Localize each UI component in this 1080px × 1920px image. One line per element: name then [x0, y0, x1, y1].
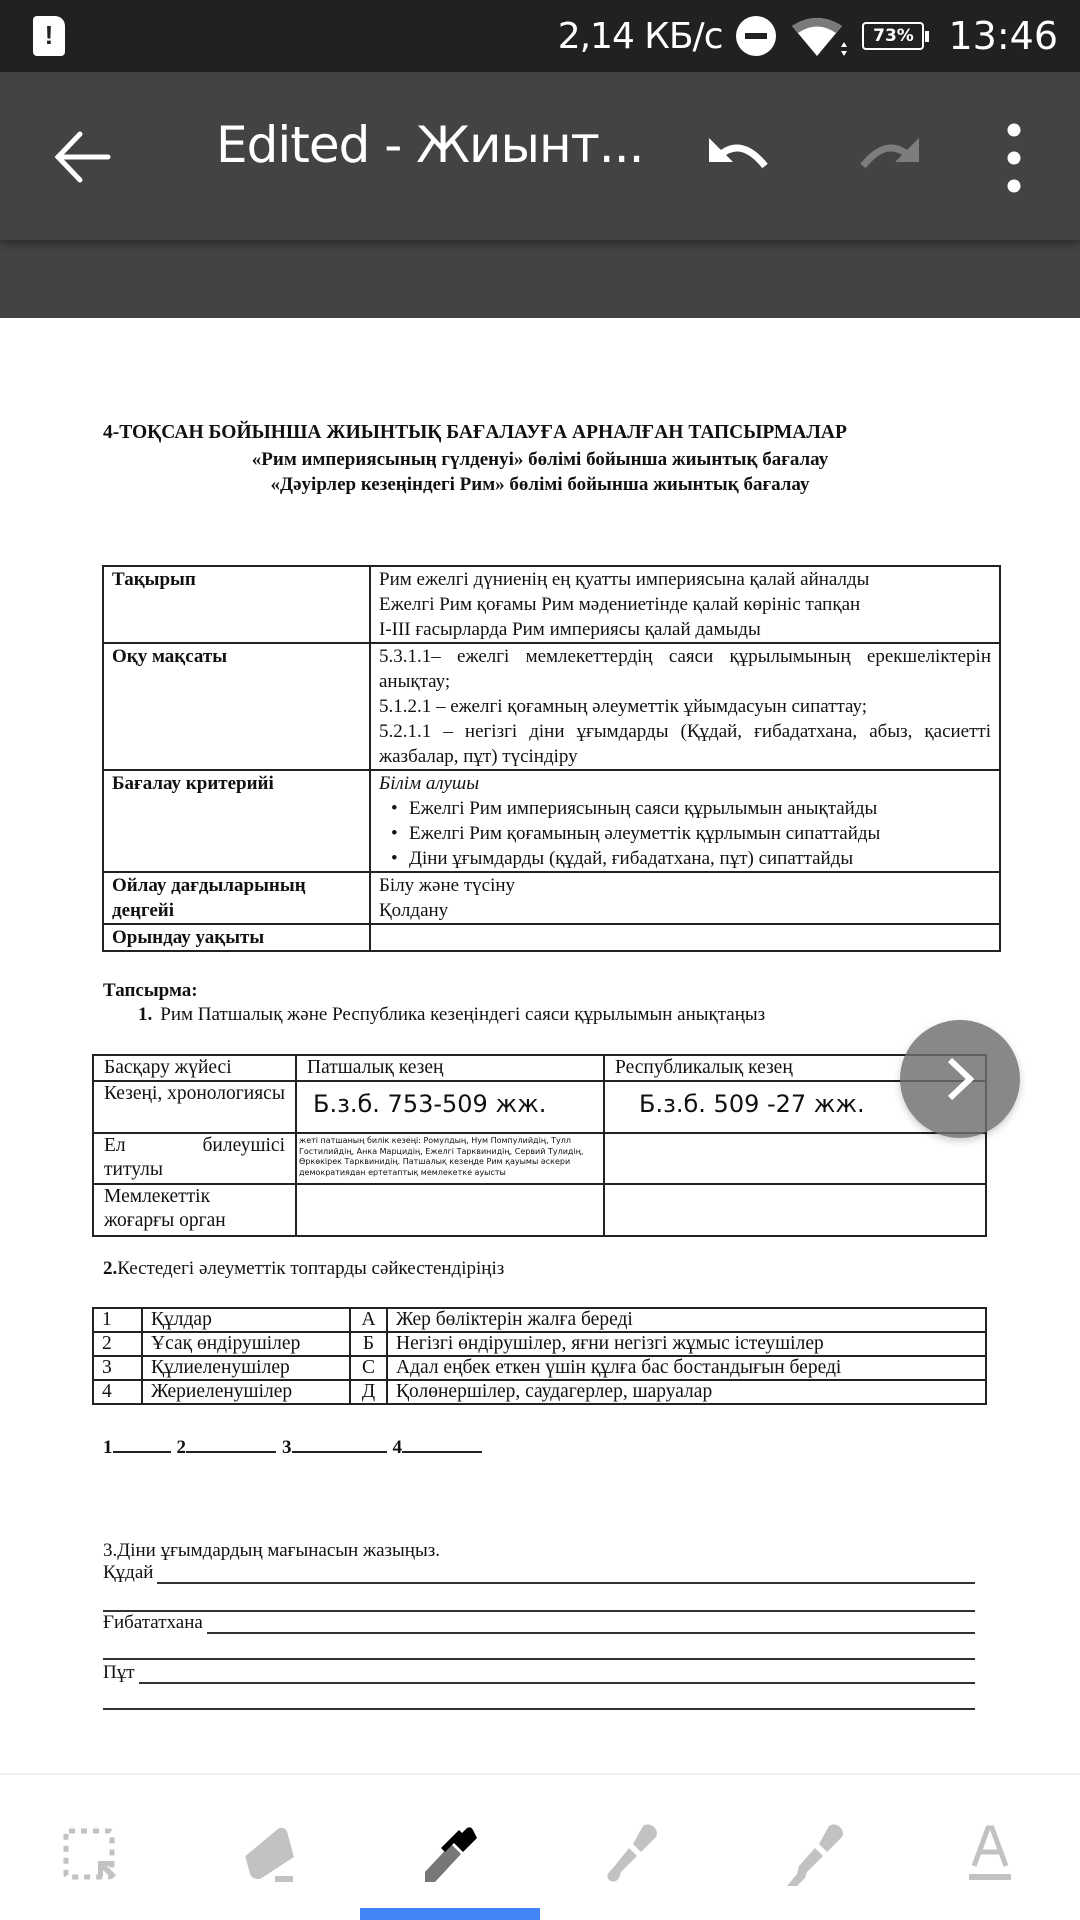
row-value: Білім алушы Ежелгі Рим империясының саяс… — [370, 770, 1000, 872]
label-part: титулы — [104, 1158, 285, 1182]
row-key: Оқу мақсаты — [103, 643, 370, 770]
answer-line[interactable] — [157, 1564, 975, 1584]
kingdom-cell[interactable] — [296, 1184, 604, 1236]
option-description: Негізгі өндірушілер, яғни негізгі жұмыс … — [387, 1332, 986, 1356]
option-letter: Д — [350, 1380, 387, 1404]
row-number: 1 — [93, 1308, 142, 1332]
list-item: Ежелгі Рим қоғамының әлеуметтік құрлымын… — [379, 821, 991, 846]
lasso-select-tool[interactable] — [50, 1815, 130, 1895]
redo-icon — [853, 130, 923, 186]
column-header: Патшалық кезең — [296, 1055, 604, 1081]
row-key: Бағалау критерийі — [103, 770, 370, 872]
term-label: Пұт — [103, 1662, 135, 1684]
row-key: Орындау уақыты — [103, 924, 370, 951]
term-row: Құдай — [103, 1562, 975, 1584]
lasso-select-icon — [60, 1825, 120, 1885]
marker-icon — [597, 1820, 667, 1890]
answer-line[interactable] — [103, 1658, 975, 1660]
table-row: Орындау уақыты — [103, 924, 1000, 951]
table-row: Тақырып Рим ежелгі дүниенің ең қуатты им… — [103, 566, 1000, 643]
option-description: Жер бөліктерін жалға береді — [387, 1308, 986, 1332]
row-label: Мемлекеттік жоғарғы орган — [93, 1184, 296, 1236]
blank-label: 3 — [282, 1437, 292, 1459]
criteria-list: Ежелгі Рим империясының саяси құрылымын … — [379, 796, 991, 871]
option-description: Қолөнершілер, саудагерлер, шаруалар — [387, 1380, 986, 1404]
table-row: Оқу мақсаты 5.3.1.1– ежелгі мемлекеттерд… — [103, 643, 1000, 770]
pen-icon — [415, 1820, 485, 1890]
document-subheading-1: «Рим империясының гүлденуі» бөлімі бойын… — [0, 449, 1080, 471]
eraser-icon — [233, 1820, 303, 1890]
list-item: Діни ұғымдарды (құдай, ғибадатхана, пұт)… — [379, 846, 991, 871]
back-arrow-icon — [50, 124, 116, 190]
option-letter: Б — [350, 1332, 387, 1356]
table-row: Ойлау дағдыларының деңгейі Білу және түс… — [103, 872, 1000, 924]
blank-label: 1 — [103, 1437, 113, 1459]
text-line: Білу және түсіну — [379, 873, 991, 898]
answer-blank[interactable] — [402, 1435, 482, 1453]
task-2-text: Кестедегі әлеуметтік топтарды сәйкестенд… — [117, 1258, 504, 1279]
answer-blank[interactable] — [113, 1435, 171, 1453]
do-not-disturb-icon — [736, 16, 776, 56]
wifi-icon — [790, 14, 848, 58]
row-key: Ойлау дағдыларының деңгейі — [103, 872, 370, 924]
battery-percent: 73% — [873, 26, 914, 46]
row-number: 3 — [93, 1356, 142, 1380]
social-group: Ұсақ өндірушілер — [142, 1332, 350, 1356]
republic-cell[interactable] — [604, 1184, 986, 1236]
battery-icon: 73% — [862, 22, 924, 50]
document-title: Edited - Жиынт... — [216, 116, 643, 174]
marker-tool[interactable] — [592, 1815, 672, 1895]
more-options-button[interactable] — [994, 120, 1034, 196]
row-number: 4 — [93, 1380, 142, 1404]
active-tool-indicator — [360, 1908, 540, 1920]
kingdom-cell[interactable]: Б.з.б. 753-509 жж. — [296, 1081, 604, 1133]
status-bar: 2,14 КБ/с 73% 13:46 — [0, 0, 1080, 72]
social-group: Жериеленушілер — [142, 1380, 350, 1404]
term-label: Құдай — [103, 1562, 153, 1584]
annotation-toolbar — [0, 1773, 1080, 1920]
highlighter-tool[interactable] — [776, 1815, 856, 1895]
text-tool[interactable] — [950, 1815, 1030, 1895]
label-part: билеушісі — [202, 1134, 285, 1158]
blank-label: 4 — [393, 1437, 403, 1459]
text-line: Қолдану — [379, 898, 991, 923]
row-value: Білу және түсіну Қолдану — [370, 872, 1000, 924]
term-row: Ғибататхана — [103, 1612, 975, 1634]
app-bar: Edited - Жиынт... — [0, 72, 1080, 240]
table-row: 4ЖериеленушілерДҚолөнершілер, саудагерле… — [93, 1380, 986, 1404]
task-2: 2.Кестедегі әлеуметтік топтарды сәйкесте… — [103, 1258, 504, 1280]
row-label: Елбилеушісі титулы — [93, 1133, 296, 1184]
answer-blank[interactable] — [186, 1435, 276, 1453]
match-table: 1ҚұлдарАЖер бөліктерін жалға береді2Ұсақ… — [92, 1307, 987, 1405]
row-value: 5.3.1.1– ежелгі мемлекеттердің саяси құр… — [370, 643, 1000, 770]
back-button[interactable] — [50, 124, 116, 190]
social-group: Құлиеленушілер — [142, 1356, 350, 1380]
kingdom-cell[interactable]: жеті патшаның билік кезеңі: Ромулдың, Ну… — [296, 1133, 604, 1184]
text-line: 5.2.1.1 – негізгі діни ұғымдарды (Құдай,… — [379, 719, 991, 769]
social-group: Құлдар — [142, 1308, 350, 1332]
highlighter-icon — [781, 1820, 851, 1890]
option-letter: А — [350, 1308, 387, 1332]
table-row: Кезеңі, хронологиясы Б.з.б. 753-509 жж. … — [93, 1081, 986, 1133]
text-line: Рим ежелгі дүниенің ең қуатты империясын… — [379, 567, 991, 592]
more-vert-icon — [994, 120, 1034, 196]
text-line: Ежелгі Рим қоғамы Рим мәдениетінде қалай… — [379, 592, 991, 617]
task-2-number: 2. — [103, 1258, 117, 1279]
answer-blank[interactable] — [292, 1435, 387, 1453]
toolbar-extension — [0, 240, 1080, 318]
table-row: 2Ұсақ өндірушілерБНегізгі өндірушілер, я… — [93, 1332, 986, 1356]
list-item: Ежелгі Рим империясының саяси құрылымын … — [379, 796, 991, 821]
task-1: 1.Рим Патшалық және Республика кезеңінде… — [138, 1004, 765, 1026]
notification-alert-icon — [33, 16, 65, 56]
clock: 13:46 — [948, 14, 1058, 58]
text-icon — [960, 1820, 1020, 1890]
answer-line[interactable] — [103, 1708, 975, 1710]
task-1-number: 1. — [138, 1004, 152, 1025]
blank-label: 2 — [177, 1437, 187, 1459]
document-subheading-2: «Дәуірлер кезеңіндегі Рим» бөлімі бойынш… — [0, 474, 1080, 496]
next-page-button[interactable] — [900, 1020, 1020, 1138]
table-row: Елбилеушісі титулы жеті патшаның билік к… — [93, 1133, 986, 1184]
answer-blanks: 1 2 3 4 — [103, 1435, 488, 1459]
task-1-text: Рим Патшалық және Республика кезеңіндегі… — [160, 1004, 765, 1025]
undo-icon — [705, 130, 775, 186]
text-line: Білім алушы — [379, 771, 991, 796]
net-speed: 2,14 КБ/с — [558, 16, 723, 57]
term-row: Пұт — [103, 1662, 975, 1684]
undo-button[interactable] — [705, 130, 775, 186]
eraser-tool[interactable] — [228, 1815, 308, 1895]
option-letter: С — [350, 1356, 387, 1380]
redo-button[interactable] — [853, 130, 923, 186]
label-part: Ел — [104, 1134, 126, 1158]
row-key: Тақырып — [103, 566, 370, 643]
text-line: I-III ғасырларда Рим империясы қалай дам… — [379, 617, 991, 642]
politics-table: Басқару жүйесі Патшалық кезең Республика… — [92, 1054, 987, 1237]
chevron-right-icon — [940, 1056, 980, 1102]
column-header: Басқару жүйесі — [93, 1055, 296, 1081]
document-heading: 4-ТОҚСАН БОЙЫНША ЖИЫНТЫҚ БАҒАЛАУҒА АРНАЛ… — [103, 422, 847, 444]
table-row: 1ҚұлдарАЖер бөліктерін жалға береді — [93, 1308, 986, 1332]
text-line: 5.3.1.1– ежелгі мемлекеттердің саяси құр… — [379, 644, 991, 694]
option-description: Адал еңбек еткен үшін құлға бас бостанды… — [387, 1356, 986, 1380]
task-3: 3.Діни ұғымдардың мағынасын жазыңыз. — [103, 1540, 440, 1562]
row-number: 2 — [93, 1332, 142, 1356]
task-label: Тапсырма: — [103, 980, 198, 1002]
table-header-row: Басқару жүйесі Патшалық кезең Республика… — [93, 1055, 986, 1081]
pen-tool[interactable] — [410, 1815, 490, 1895]
text-line: 5.1.2.1 – ежелгі қоғамның әлеуметтік ұйы… — [379, 694, 991, 719]
row-value — [370, 924, 1000, 951]
table-row: 3ҚұлиеленушілерСАдал еңбек еткен үшін құ… — [93, 1356, 986, 1380]
answer-line[interactable] — [139, 1664, 975, 1684]
row-label: Кезеңі, хронологиясы — [93, 1081, 296, 1133]
row-value: Рим ежелгі дүниенің ең қуатты империясын… — [370, 566, 1000, 643]
term-label: Ғибататхана — [103, 1612, 203, 1634]
republic-cell[interactable] — [604, 1133, 986, 1184]
table-row: Мемлекеттік жоғарғы орган — [93, 1184, 986, 1236]
answer-line[interactable] — [207, 1614, 975, 1634]
info-table: Тақырып Рим ежелгі дүниенің ең қуатты им… — [102, 565, 1001, 952]
table-row: Бағалау критерийі Білім алушы Ежелгі Рим… — [103, 770, 1000, 872]
